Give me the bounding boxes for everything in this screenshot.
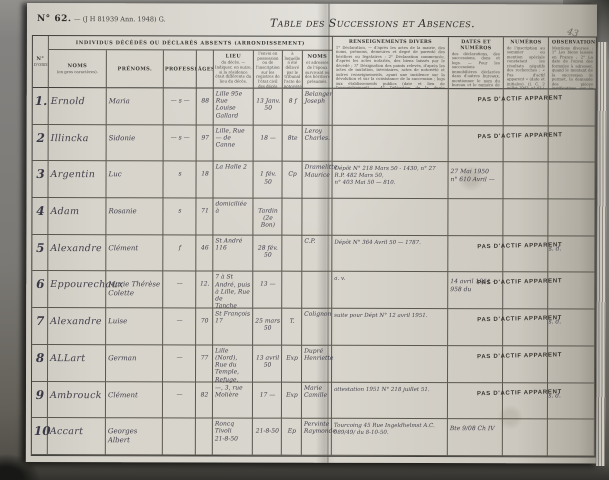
scan-shadow-bottom xyxy=(0,462,609,480)
cell-dates_numeros xyxy=(448,383,503,420)
cell-no: 6 xyxy=(32,271,48,308)
cell-divers xyxy=(332,199,448,236)
cell-divers: Tourcoing 45 Rue Ingeldhelmst A.C. 989/4… xyxy=(332,419,448,456)
cell-divers: a. v. xyxy=(332,272,448,309)
col-header-observations: OBSERVATIONS Mentions diverses : 1° Les … xyxy=(549,37,596,89)
cell-sommier: PAS D'ACTIF APPARENTs. d. xyxy=(503,236,548,273)
cell-observations xyxy=(548,420,595,457)
cell-prenom: Marie ThérèseColette xyxy=(106,272,163,309)
cell-divers: Dépôt N° 364 Avril 50 — 1787. xyxy=(332,236,448,273)
cell-nom: Eppourechaux xyxy=(48,271,106,308)
cell-date_deces: 25 mars 50 xyxy=(253,309,282,346)
cell-sommier: PAS D'ACTIF APPARENTs. d. xyxy=(503,383,548,420)
cell-no: 1. xyxy=(33,88,49,125)
cell-date_deces: 21-8-50 xyxy=(253,419,282,456)
successions-table: N° D'ORDRE. INDIVIDUS DÉCÉDÉS OU DÉCLARÉ… xyxy=(31,35,597,457)
cell-nom: Alexandre xyxy=(48,308,106,345)
cell-profession: — s — xyxy=(164,125,197,162)
cell-date_delai: Ep xyxy=(282,419,302,456)
cell-age: 18 xyxy=(196,162,213,199)
col-header-ages: ÂGES. xyxy=(197,50,214,88)
stamp-handwritten-note: s. d. xyxy=(548,392,561,399)
cell-dates_numeros xyxy=(448,346,503,383)
cell-lieu: domiciliée à xyxy=(213,199,253,236)
cell-heritiers: MarieCamille xyxy=(302,382,332,419)
form-number-label: N° 62. xyxy=(37,14,72,24)
cell-heritiers xyxy=(302,199,332,236)
cell-age xyxy=(196,419,213,456)
cell-profession: — xyxy=(163,345,196,382)
cell-divers: suite pour Dépt N° 12 avril 1951. xyxy=(332,309,448,346)
cell-age: 77 xyxy=(196,345,213,382)
cell-date_delai xyxy=(282,235,302,272)
cell-nom: Alexandre xyxy=(48,235,106,272)
cell-profession: f xyxy=(163,235,196,272)
cell-prenom: Georges Albert xyxy=(106,418,163,455)
cell-lieu: St André 116 xyxy=(213,235,253,272)
cell-no: 4 xyxy=(32,198,48,235)
cell-observations xyxy=(548,383,595,420)
col-header-noms: NOMS (en gros caractères). xyxy=(49,50,107,88)
col-header-lieu-deces: LIEU du décès. — Indiquer, en outre, si … xyxy=(214,50,254,88)
cell-sommier: PAS D'ACTIF APPARENT xyxy=(503,346,548,383)
cell-nom: Adam xyxy=(48,198,106,235)
cell-prenom: Clément xyxy=(106,382,163,419)
col-header-numeros-sommier: NUMÉROS de l'inscription au sommier ou m… xyxy=(504,37,549,89)
cell-no: 2 xyxy=(33,125,49,162)
cell-dates_numeros xyxy=(448,236,503,273)
cell-lieu: Lille 95e RueLouise Gallard xyxy=(214,88,254,125)
col-header-professions: PROFESSIONS. xyxy=(164,50,197,88)
cell-dates_numeros xyxy=(448,309,503,346)
col-header-prenoms: PRÉNOMS. xyxy=(107,50,164,88)
cell-divers xyxy=(332,346,448,383)
stamp-handwritten-note: s. d. xyxy=(549,245,562,252)
cell-divers: attestation 1951 N° 218 juillet 51. xyxy=(332,382,448,419)
cell-age: 46 xyxy=(196,235,213,272)
cell-lieu: —, 3, rueMolière xyxy=(213,382,253,419)
page-title: Table des Successions et Absences. xyxy=(270,17,475,31)
cell-date_deces: 13 — xyxy=(253,272,282,309)
cell-sommier: PAS D'ACTIF APPARENT xyxy=(504,126,549,163)
cell-age: 71 xyxy=(196,199,213,236)
cell-date_delai: Cp xyxy=(282,162,302,199)
cell-date_delai: 8te xyxy=(283,125,303,162)
cell-heritiers: Colignon xyxy=(302,309,332,346)
cell-no: 9 xyxy=(32,382,48,419)
cell-nom: Argentin xyxy=(48,161,106,198)
cell-profession: — xyxy=(163,308,196,345)
book-page-stack-edge xyxy=(596,42,607,466)
cell-age: 97 xyxy=(197,125,214,162)
cell-nom: Ernold xyxy=(49,88,107,125)
col-header-date-delai: DATE à laquelle a été délivré par le tri… xyxy=(283,51,303,89)
cell-date_delai: Exp xyxy=(282,345,302,382)
cell-lieu: Roncq Tivoli21-8-50 xyxy=(213,419,253,456)
form-number: N° 62. — (J H 81939 Ann. 1948) G. xyxy=(37,14,166,24)
cell-profession: — xyxy=(163,272,196,309)
cell-nom: Ambrouck xyxy=(48,382,106,419)
cell-profession: s xyxy=(163,198,196,235)
col-header-dates-numeros: DATES ET NUMÉROS des déclarations, des s… xyxy=(449,37,504,89)
cell-heritiers: LeroyCharles. xyxy=(303,125,333,162)
group-header-individus: INDIVIDUS DÉCÉDÉS OU DÉCLARÉS ABSENTS (A… xyxy=(49,36,333,51)
register-page: N° 62. — (J H 81939 Ann. 1948) G. Table … xyxy=(26,3,597,463)
cell-lieu: La Halle 2 xyxy=(213,162,253,199)
cell-heritiers: DramelitteMaurice xyxy=(302,162,332,199)
cell-observations xyxy=(548,163,595,200)
scan-background: N° 62. — (J H 81939 Ann. 1948) G. Table … xyxy=(0,0,609,480)
col-header-heritiers: NOMS et adresses de l'époux survivant ou… xyxy=(303,51,333,89)
cell-age: 12. xyxy=(196,272,213,309)
cell-prenom: Luc xyxy=(106,162,163,199)
cell-date_delai xyxy=(282,272,302,309)
cell-sommier: PAS D'ACTIF APPARENT xyxy=(503,273,548,310)
cell-sommier xyxy=(503,419,548,456)
stamp-handwritten-note: s. d. xyxy=(549,318,562,325)
cell-prenom: Luise xyxy=(106,308,163,345)
cell-date_delai: 8 f xyxy=(283,89,303,126)
cell-no: 3 xyxy=(32,161,48,198)
cell-heritiers: BelangerJoseph xyxy=(303,89,333,126)
cell-divers xyxy=(333,89,449,126)
cell-heritiers: PervinteRaymonde xyxy=(302,419,332,456)
cell-divers xyxy=(333,125,449,162)
cell-profession: — xyxy=(163,382,196,419)
cell-age: 88 xyxy=(197,88,214,125)
cell-nom: ALLart xyxy=(48,345,106,382)
cell-nom: Accart xyxy=(48,418,106,455)
cell-sommier xyxy=(503,199,548,236)
cell-prenom: Clément xyxy=(106,235,163,272)
cell-lieu: Lille, Rue — deCanne xyxy=(214,125,254,162)
cell-dates_numeros: Bte 9/08 Ch IV xyxy=(448,419,503,456)
cell-date_deces: 1 fév. 50 xyxy=(253,162,282,199)
cell-sommier: PAS D'ACTIF APPARENT xyxy=(504,89,549,126)
cell-observations xyxy=(548,199,595,236)
cell-dates_numeros xyxy=(449,89,504,126)
cell-profession: s xyxy=(163,162,196,199)
cell-lieu: Lille (Nord),Rue du Temple,Refuge. xyxy=(213,345,253,382)
cell-date_delai: T. xyxy=(282,309,302,346)
cell-date_deces: Tardin (2e Bon) xyxy=(253,199,282,236)
form-reference: — (J H 81939 Ann. 1948) G. xyxy=(74,15,166,23)
cell-dates_numeros xyxy=(449,126,504,163)
cell-no: 8 xyxy=(32,345,48,382)
cell-prenom: Rosanie xyxy=(106,198,163,235)
cell-date_delai xyxy=(282,199,302,236)
cell-no: 7 xyxy=(32,308,48,345)
cell-date_deces: 13 Janv. 50 xyxy=(254,89,283,126)
cell-heritiers: C.P. xyxy=(302,235,332,272)
cell-age: 70 xyxy=(196,309,213,346)
col-header-date-deces: DATE du décès, de l'envoi en possession … xyxy=(254,51,283,89)
cell-date_delai: Exp xyxy=(282,382,302,419)
cell-date_deces: 17 — xyxy=(253,382,282,419)
cell-profession xyxy=(163,419,196,456)
cell-sommier: PAS D'ACTIF APPARENTs. d. xyxy=(503,309,548,346)
cell-no: 10 xyxy=(32,418,48,455)
cell-age: 82 xyxy=(196,382,213,419)
cell-no: 5 xyxy=(32,235,48,272)
cell-date_deces: 13 avril 50 xyxy=(253,345,282,382)
cell-divers: Dépôt N° 218 Mars 50 - 1430, n° 27 R.P. … xyxy=(332,162,448,199)
cell-prenom: Maria xyxy=(107,88,164,125)
cell-prenom: Sidonie xyxy=(107,125,164,162)
cell-heritiers: DupréHenriette xyxy=(302,346,332,383)
cell-dates_numeros xyxy=(448,199,503,236)
cell-heritiers xyxy=(302,272,332,309)
cell-dates_numeros: 14 avril 1951 - 958 du xyxy=(448,273,503,310)
cell-sommier xyxy=(503,163,548,200)
col-header-numero-ordre: N° D'ORDRE. xyxy=(33,36,49,88)
cell-lieu: 7 à St André, puisà Lille, Rue deTanche xyxy=(213,272,253,309)
cell-profession: — s — xyxy=(164,88,197,125)
cell-prenom: German xyxy=(106,345,163,382)
cell-date_deces: 28 fév. 50 xyxy=(253,235,282,272)
col-header-renseignements-divers: RENSEIGNEMENTS DIVERS 1° Déclaration, — … xyxy=(333,37,449,89)
cell-dates_numeros: 27 Mai 1950n° 610 Avril — xyxy=(448,162,503,199)
cell-date_deces: 18 — xyxy=(254,125,283,162)
cell-nom: Illincka xyxy=(49,125,107,162)
cell-lieu: St François 17 xyxy=(213,309,253,346)
